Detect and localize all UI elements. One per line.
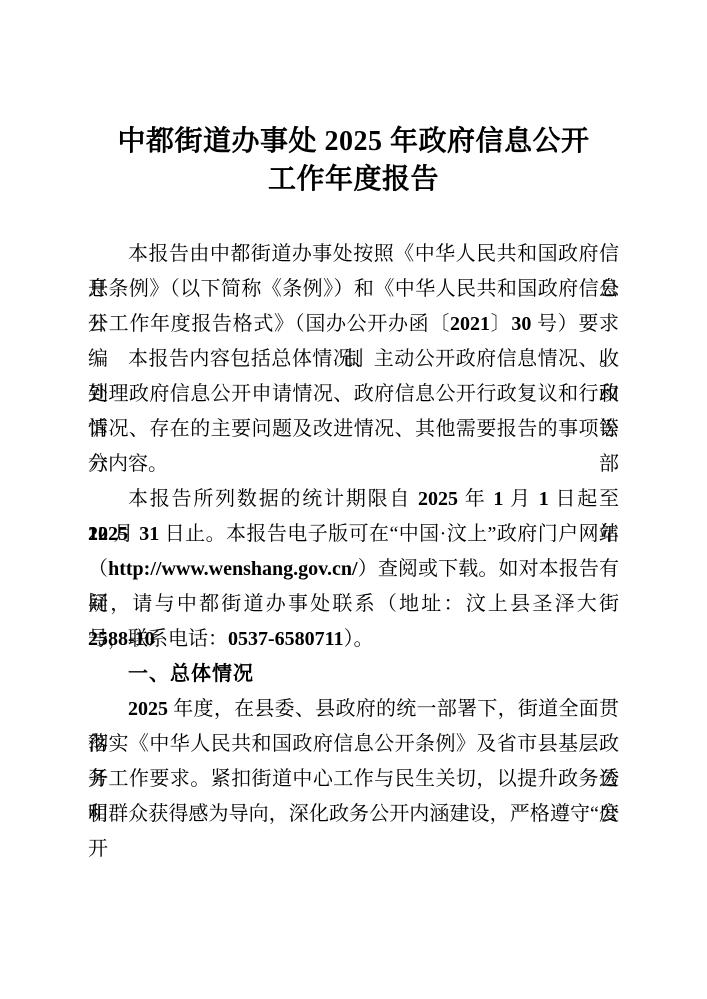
paragraph-line: 开条例》（以下简称《条例》）和《中华人民共和国政府信息公: [88, 272, 619, 307]
report-page: 中都街道办事处 2025 年政府信息公开 工作年度报告 本报告由中都街道办事处按…: [0, 0, 707, 999]
paragraph-line: 号，联系电话：0537-6580711）。: [88, 622, 619, 657]
report-title-line-1: 中都街道办事处 2025 年政府信息公开: [0, 123, 707, 161]
section-heading-overall-situation: 一、总体情况: [88, 657, 619, 692]
paragraph-line: 开工作要求。紧扣街道中心工作与民生关切，以提升政务透明度: [88, 762, 619, 797]
report-title: 中都街道办事处 2025 年政府信息公开 工作年度报告: [0, 123, 707, 199]
paragraph-line: 12 月 31 日止。本报告电子版可在“中国·汶上”政府门户网站: [88, 517, 619, 552]
paragraph-line: 本报告内容包括总体情况、主动公开政府信息情况、收到和: [88, 342, 619, 377]
paragraph-line: 和群众获得感为导向，深化政务公开内涵建设，严格遵守“公开: [88, 797, 619, 832]
paragraph-line: 2025 年度，在县委、县政府的统一部署下，街道全面贯彻: [88, 692, 619, 727]
paragraph-line: 本报告由中都街道办事处按照《中华人民共和国政府信息公: [88, 237, 619, 272]
paragraph-line: 开工作年度报告格式》（国办公开办函〔2021〕30 号）要求编制。: [88, 307, 619, 342]
paragraph-line: 问，请与中都街道办事处联系（地址：汶上县圣泽大街 2588-10: [88, 587, 619, 622]
paragraph-line: 本报告所列数据的统计期限自 2025 年 1 月 1 日起至 2025 年: [88, 482, 619, 517]
paragraph-line: 情况、存在的主要问题及改进情况、其他需要报告的事项等六部: [88, 412, 619, 447]
report-body: 本报告由中都街道办事处按照《中华人民共和国政府信息公 开条例》（以下简称《条例》…: [88, 237, 619, 832]
paragraph-line: （http://www.wenshang.gov.cn/）查阅或下载。如对本报告…: [88, 552, 619, 587]
report-title-line-2: 工作年度报告: [0, 161, 707, 199]
paragraph-line: 落实《中华人民共和国政府信息公开条例》及省市县基层政务公: [88, 727, 619, 762]
paragraph-line: 处理政府信息公开申请情况、政府信息公开行政复议和行政诉讼: [88, 377, 619, 412]
